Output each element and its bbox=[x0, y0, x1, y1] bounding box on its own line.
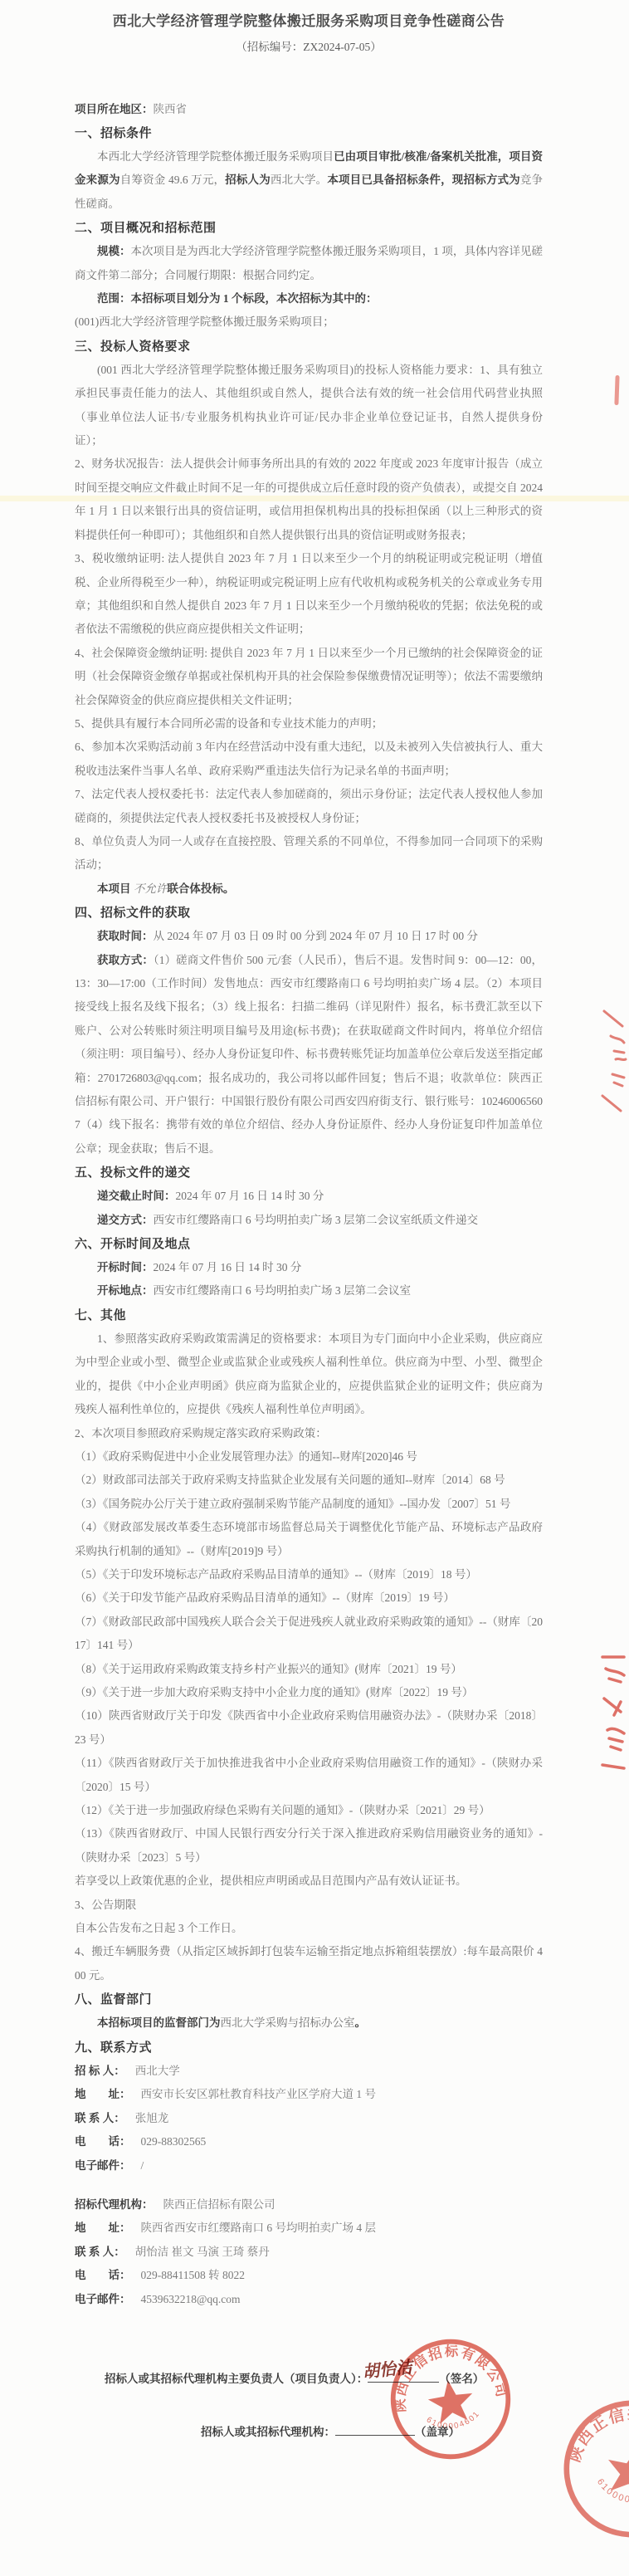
paragraph: 开标时间：2024 年 07 月 16 日 14 时 30 分 bbox=[75, 1256, 543, 1279]
paragraph: （5）《关于印发环境标志产品政府采购品目清单的通知》--（财库〔2019〕18 … bbox=[75, 1563, 543, 1586]
scanned-document-page: 西北大学经济管理学院整体搬迁服务采购项目竞争性磋商公告 （招标编号：ZX2024… bbox=[0, 0, 629, 2576]
section-heading: 三、投标人资格要求 bbox=[75, 335, 543, 359]
paragraph: 递交截止时间：2024 年 07 月 16 日 14 时 30 分 bbox=[75, 1185, 543, 1208]
text-run: 7、法定代表人授权委托书：法定代表人参加磋商的，须出示身份证；法定代表人授权他人… bbox=[75, 788, 543, 824]
section-heading: 七、其他 bbox=[75, 1303, 543, 1327]
text-run: (001 西北大学经济管理学院整体搬迁服务采购项目)的投标人资格能力要求：1、具… bbox=[75, 364, 543, 447]
contact-value: 胡怡洁 崔文 马演 王琦 蔡丹 bbox=[135, 2241, 270, 2265]
paragraph: 8、单位负责人为同一人或存在直接控股、管理关系的不同单位，不得参加同一合同项下的… bbox=[75, 830, 543, 877]
region-label: 项目所在地区： bbox=[75, 103, 154, 115]
section-heading: 四、招标文件的获取 bbox=[75, 901, 543, 925]
text-run: （6）《关于印发节能产品政府采购品目清单的通知》--（财库〔2019〕19 号） bbox=[75, 1591, 455, 1604]
text-run: （10）陕西省财政厅关于印发《陕西省中小企业政府采购信用融资办法》-（陕财办采〔… bbox=[75, 1709, 543, 1745]
text-run: （8）《关于运用政府采购政策支持乡村产业振兴的通知》(财库〔2021〕19 号） bbox=[75, 1663, 462, 1675]
section-heading: 八、监督部门 bbox=[75, 1987, 543, 2011]
tender-number: （招标编号：ZX2024-07-05） bbox=[75, 38, 543, 56]
paragraph: （8）《关于运用政府采购政策支持乡村产业振兴的通知》(财库〔2021〕19 号） bbox=[75, 1658, 543, 1681]
contact-row: 电 话：029-88411508 转 8022 bbox=[75, 2264, 543, 2288]
contact-value: 029-88302565 bbox=[141, 2130, 207, 2154]
contact-value: 陕西正信招标有限公司 bbox=[163, 2193, 275, 2217]
paragraph: 本招标项目的监督部门为西北大学采购与招标办公室。 bbox=[75, 2011, 543, 2035]
paragraph: （10）陕西省财政厅关于印发《陕西省中小企业政府采购信用融资办法》-（陕财办采〔… bbox=[75, 1704, 543, 1752]
contact-label: 地 址： bbox=[75, 2217, 131, 2241]
paragraph: 本项目 不允许联合体投标。 bbox=[75, 877, 543, 901]
contact-value: 张旭龙 bbox=[135, 2107, 169, 2131]
contact-value: 西安市长安区郭杜教育科技产业区学府大道 1 号 bbox=[141, 2083, 377, 2107]
document-title: 西北大学经济管理学院整体搬迁服务采购项目竞争性磋商公告 bbox=[75, 12, 543, 32]
text-run: 递交方式： bbox=[97, 1214, 154, 1226]
text-run: 获取方式： bbox=[97, 954, 154, 966]
paragraph: 3、税收缴纳证明: 法人提供自 2023 年 7 月 1 日以来至少一个月的纳税… bbox=[75, 547, 543, 642]
paragraph: （12）《关于进一步加强政府绿色采购有关问题的通知》-（陕财办采〔2021〕29… bbox=[75, 1799, 543, 1822]
text-run: （2）财政部司法部关于政府采购支持监狱企业发展有关问题的通知--财库〔2014〕… bbox=[75, 1474, 505, 1486]
text-run: （12）《关于进一步加强政府绿色采购有关问题的通知》-（陕财办采〔2021〕29… bbox=[75, 1804, 490, 1816]
paragraph: （2）财政部司法部关于政府采购支持监狱企业发展有关问题的通知--财库〔2014〕… bbox=[75, 1469, 543, 1492]
paragraph: 范围：本招标项目划分为 1 个标段，本次招标为其中的： bbox=[75, 287, 543, 310]
contact-label: 电 话： bbox=[75, 2264, 131, 2288]
text-run: 8、单位负责人为同一人或存在直接控股、管理关系的不同单位，不得参加同一合同项下的… bbox=[75, 835, 543, 871]
text-run: 4、社会保障资金缴纳证明: 提供自 2023 年 7 月 1 日以来至少一个月已… bbox=[75, 647, 543, 706]
text-run: 自筹资金 49.6 万元， bbox=[120, 174, 225, 186]
paragraph: （3）《国务院办公厅关于建立政府强制采购节能产品制度的通知》--国办发〔2007… bbox=[75, 1493, 543, 1516]
text-run: 西北大学 bbox=[271, 174, 316, 186]
paragraph: （1）《政府采购促进中小企业发展管理办法》的通知--财库[2020]46 号 bbox=[75, 1445, 543, 1469]
text-run: 本次项目是为西北大学经济管理学院整体搬迁服务采购项目，1 项，具体内容详见磋商文… bbox=[75, 245, 543, 281]
paragraph: 1、参照落实政府采购政策需满足的资格要求：本项目为专门面向中小企业采购，供应商应… bbox=[75, 1327, 543, 1422]
contact-row: 联 系 人：胡怡洁 崔文 马演 王琦 蔡丹 bbox=[75, 2241, 543, 2265]
contact-row: 电子邮件：/ bbox=[75, 2154, 543, 2178]
contact-label: 电子邮件： bbox=[75, 2154, 131, 2178]
paragraph: （4）《财政部发展改革委生态环境部市场监督总局关于调整优化节能产品、环境标志产品… bbox=[75, 1516, 543, 1563]
contact-row: 电子邮件：4539632218@qq.com bbox=[75, 2288, 543, 2312]
paragraph: （11）《陕西省财政厅关于加快推进我省中小企业政府采购信用融资工作的通知》-（陕… bbox=[75, 1752, 543, 1799]
section-heading: 五、投标文件的递交 bbox=[75, 1161, 543, 1185]
text-run: （9）《关于进一步加大政府采购支持中小企业力度的通知》(财库〔2022〕19 号… bbox=[75, 1686, 473, 1699]
paragraph: (001 西北大学经济管理学院整体搬迁服务采购项目)的投标人资格能力要求：1、具… bbox=[75, 359, 543, 453]
text-run: 不允许 bbox=[134, 882, 168, 895]
paragraph: 4、社会保障资金缴纳证明: 提供自 2023 年 7 月 1 日以来至少一个月已… bbox=[75, 642, 543, 712]
text-run: 本项目已具备招标条件，现招标方式为 bbox=[327, 174, 520, 186]
contact-row: 电 话：029-88302565 bbox=[75, 2130, 543, 2154]
document-content: 西北大学经济管理学院整体搬迁服务采购项目竞争性磋商公告 （招标编号：ZX2024… bbox=[0, 0, 629, 2445]
text-run: 5、提供具有履行本合同所必需的设备和专业技术能力的声明； bbox=[75, 717, 383, 730]
text-run: （13）《陕西省财政厅、中国人民银行西安分行关于深入推进政府采购信用融资业务的通… bbox=[75, 1827, 543, 1863]
contact-label: 联 系 人： bbox=[75, 2241, 125, 2265]
paragraph: 2、财务状况报告：法人提供会计师事务所出具的有效的 2022 年度或 2023 … bbox=[75, 452, 543, 547]
section-heading: 九、联系方式 bbox=[75, 2036, 543, 2060]
text-run: （1）《政府采购促进中小企业发展管理办法》的通知--财库[2020]46 号 bbox=[75, 1450, 417, 1463]
paragraph: （9）《关于进一步加大政府采购支持中小企业力度的通知》(财库〔2022〕19 号… bbox=[75, 1681, 543, 1704]
text-run: 获取时间： bbox=[97, 930, 154, 942]
text-run: 开标地点： bbox=[97, 1284, 154, 1297]
section-heading: 一、招标条件 bbox=[75, 121, 543, 145]
text-run: （5）《关于印发环境标志产品政府采购品目清单的通知》--（财库〔2019〕18 … bbox=[75, 1568, 477, 1581]
contact-value: 4539632218@qq.com bbox=[141, 2288, 241, 2312]
text-run: 3、税收缴纳证明: 法人提供自 2023 年 7 月 1 日以来至少一个月的纳税… bbox=[75, 552, 543, 635]
signature-line-1-label: 招标人或其招标代理机构主要负责人（项目负责人）： bbox=[105, 2373, 368, 2385]
signature-line-2-label: 招标人或其招标代理机构： bbox=[201, 2426, 335, 2438]
region-value: 陕西省 bbox=[154, 103, 188, 115]
text-run: 2、财务状况报告：法人提供会计师事务所出具的有效的 2022 年度或 2023 … bbox=[75, 457, 543, 540]
paragraph: 5、提供具有履行本合同所必需的设备和专业技术能力的声明； bbox=[75, 712, 543, 736]
project-region-row: 项目所在地区：陕西省 bbox=[75, 98, 543, 121]
paragraph: （6）《关于印发节能产品政府采购品目清单的通知》--（财库〔2019〕19 号） bbox=[75, 1586, 543, 1610]
paragraph: 2、本次项目参照政府采购规定落实政府采购政策： bbox=[75, 1422, 543, 1445]
section-heading: 六、开标时间及地点 bbox=[75, 1232, 543, 1256]
contact-label: 招 标 人： bbox=[75, 2060, 125, 2084]
contact-value: / bbox=[141, 2154, 144, 2178]
text-run: 3、公告期限 bbox=[75, 1899, 136, 1911]
text-run: 西安市红缨路南口 6 号均明拍卖广场 3 层第二会议室 bbox=[154, 1284, 412, 1297]
section-heading: 二、项目概况和招标范围 bbox=[75, 216, 543, 240]
text-run: 本招标项目的监督部门为 bbox=[97, 2016, 221, 2029]
text-run: 从 2024 年 07 月 03 日 09 时 00 分到 2024 年 07 … bbox=[154, 930, 479, 942]
text-run: 若享受以上政策优惠的企业，提供相应声明函或品目范围内产品有效认证证书。 bbox=[75, 1875, 467, 1887]
company-seal: 陕西正信招标有限公司 6100004601 bbox=[378, 2325, 523, 2473]
text-run: 开标时间： bbox=[97, 1261, 154, 1273]
contact-value: 陕西省西安市红缨路南口 6 号均明拍卖广场 4 层 bbox=[141, 2217, 377, 2241]
text-run: 。 bbox=[316, 174, 328, 186]
paragraph: 6、参加本次采购活动前 3 年内在经营活动中没有重大违纪，以及未被列入失信被执行… bbox=[75, 736, 543, 783]
text-run: 规模： bbox=[97, 245, 131, 257]
text-run: 。 bbox=[355, 2016, 367, 2029]
contact-row: 地 址：陕西省西安市红缨路南口 6 号均明拍卖广场 4 层 bbox=[75, 2217, 543, 2241]
text-run: 本西北大学经济管理学院整体搬迁服务采购项目 bbox=[97, 150, 334, 163]
paragraph: 3、公告期限 bbox=[75, 1894, 543, 1917]
contact-value: 029-88411508 转 8022 bbox=[141, 2264, 246, 2288]
text-run: 招标人为 bbox=[225, 174, 271, 186]
paragraph: 递交方式：西安市红缨路南口 6 号均明拍卖广场 3 层第二会议室纸质文件递交 bbox=[75, 1209, 543, 1232]
text-run: （3）《国务院办公厅关于建立政府强制采购节能产品制度的通知》--国办发〔2007… bbox=[75, 1498, 510, 1510]
paragraph: （13）《陕西省财政厅、中国人民银行西安分行关于深入推进政府采购信用融资业务的通… bbox=[75, 1822, 543, 1870]
contact-label: 电子邮件： bbox=[75, 2288, 131, 2312]
text-run: 2、本次项目参照政府采购规定落实政府采购政策： bbox=[75, 1427, 327, 1440]
paragraph: 4、搬迁车辆服务费（从指定区域拆卸打包装车运输至指定地点拆箱组装摆放）:每车最高… bbox=[75, 1940, 543, 1987]
text-run: 西北大学采购与招标办公室 bbox=[221, 2016, 355, 2029]
paragraph: 获取方式：（1）磋商文件售价 500 元/套（人民币），售后不退。发售时间 9：… bbox=[75, 949, 543, 1161]
contact-row: 招 标 人：西北大学 bbox=[75, 2060, 543, 2084]
text-run: 递交截止时间： bbox=[97, 1190, 176, 1202]
paragraph: 获取时间：从 2024 年 07 月 03 日 09 时 00 分到 2024 … bbox=[75, 925, 543, 948]
text-run: （11）《陕西省财政厅关于加快推进我省中小企业政府采购信用融资工作的通知》-（陕… bbox=[75, 1757, 543, 1792]
text-run: 联合体投标。 bbox=[167, 882, 234, 895]
paragraph: （7）《财政部民政部中国残疾人联合会关于促进残疾人就业政府采购政策的通知》--（… bbox=[75, 1611, 543, 1658]
contact-label: 联 系 人： bbox=[75, 2107, 125, 2131]
paragraph: 自本公告发布之日起 3 个工作日。 bbox=[75, 1917, 543, 1940]
paragraph: 7、法定代表人授权委托书：法定代表人参加磋商的，须出示身份证；法定代表人授权他人… bbox=[75, 783, 543, 830]
contact-label: 电 话： bbox=[75, 2130, 131, 2154]
contact-row: 招标代理机构：陕西正信招标有限公司 bbox=[75, 2193, 543, 2217]
contact-value: 西北大学 bbox=[135, 2060, 180, 2084]
text-run: 2024 年 07 月 16 日 14 时 30 分 bbox=[176, 1190, 324, 1202]
contact-row: 地 址：西安市长安区郭杜教育科技产业区学府大道 1 号 bbox=[75, 2083, 543, 2107]
contact-label: 地 址： bbox=[75, 2083, 131, 2107]
paragraph: (001)西北大学经济管理学院整体搬迁服务采购项目； bbox=[75, 310, 543, 334]
text-run: （1）磋商文件售价 500 元/套（人民币），售后不退。发售时间 9：00—12… bbox=[75, 954, 543, 1155]
text-run: 自本公告发布之日起 3 个工作日。 bbox=[75, 1922, 243, 1934]
text-run: 西安市红缨路南口 6 号均明拍卖广场 3 层第二会议室纸质文件递交 bbox=[154, 1214, 479, 1226]
paragraph: 开标地点：西安市红缨路南口 6 号均明拍卖广场 3 层第二会议室 bbox=[75, 1279, 543, 1303]
text-run: 2024 年 07 月 16 日 14 时 30 分 bbox=[154, 1261, 302, 1273]
text-run: 1、参照落实政府采购政策需满足的资格要求：本项目为专门面向中小企业采购，供应商应… bbox=[75, 1332, 543, 1415]
signature-block: 招标人或其招标代理机构主要负责人（项目负责人）：胡怡洁（签名） 招标人或其招标代… bbox=[75, 2367, 543, 2445]
paragraph: 本西北大学经济管理学院整体搬迁服务采购项目已由项目审批/核准/备案机关批准，项目… bbox=[75, 145, 543, 216]
text-run: (001)西北大学经济管理学院整体搬迁服务采购项目； bbox=[75, 315, 334, 328]
text-run: 本项目 bbox=[97, 882, 134, 895]
text-run: 范围：本招标项目划分为 1 个标段，本次招标为其中的： bbox=[97, 292, 378, 305]
text-run: （4）《财政部发展改革委生态环境部市场监督总局关于调整优化节能产品、环境标志产品… bbox=[75, 1521, 543, 1557]
text-run: 6、参加本次采购活动前 3 年内在经营活动中没有重大违纪，以及未被列入失信被执行… bbox=[75, 741, 543, 776]
contact-row: 联 系 人：张旭龙 bbox=[75, 2107, 543, 2131]
document-body: 一、招标条件本西北大学经济管理学院整体搬迁服务采购项目已由项目审批/核准/备案机… bbox=[75, 121, 543, 2312]
text-run: 4、搬迁车辆服务费（从指定区域拆卸打包装车运输至指定地点拆箱组装摆放）:每车最高… bbox=[75, 1945, 543, 1981]
margin-annotation-3 bbox=[596, 1654, 629, 1772]
paragraph: 若享受以上政策优惠的企业，提供相应声明函或品目范围内产品有效认证证书。 bbox=[75, 1870, 543, 1893]
contact-label: 招标代理机构： bbox=[75, 2193, 154, 2217]
text-run: （7）《财政部民政部中国残疾人联合会关于促进残疾人就业政府采购政策的通知》--（… bbox=[75, 1615, 543, 1651]
spacer bbox=[75, 2178, 543, 2193]
paragraph: 规模：本次项目是为西北大学经济管理学院整体搬迁服务采购项目，1 项，具体内容详见… bbox=[75, 240, 543, 287]
margin-annotation-2 bbox=[599, 1004, 627, 1116]
